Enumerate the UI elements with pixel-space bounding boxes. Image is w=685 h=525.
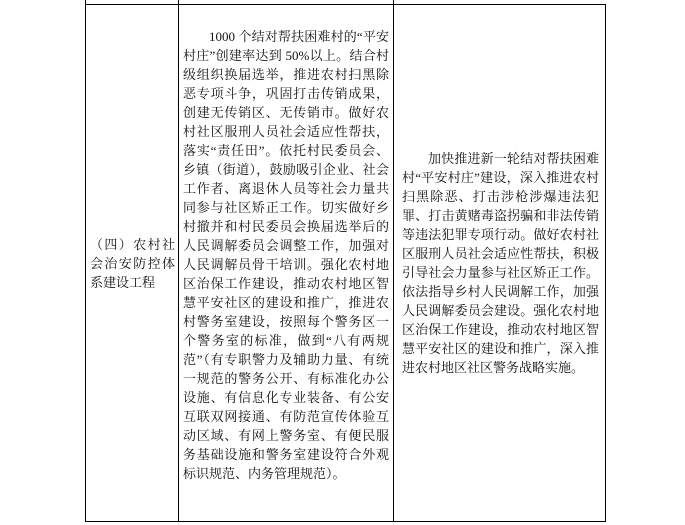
table-border-row-bottom [85,521,606,522]
tasks-paragraph: 加快推进新一轮结对帮扶困难村“平安村庄”建设，深入推进农村扫黑除恶、打击涉枪涉爆… [402,149,599,377]
document-page: （四）农村社会治安防控体系建设工程 1000 个结对帮扶困难村的“平安村庄”创建… [0,0,685,525]
table-cell-tasks: 加快推进新一轮结对帮扶困难村“平安村庄”建设，深入推进农村扫黑除恶、打击涉枪涉爆… [394,5,605,521]
objectives-paragraph: 1000 个结对帮扶困难村的“平安村庄”创建率达到 50%以上。结合村级组织换届… [183,27,389,483]
table-cell-objectives: 1000 个结对帮扶困难村的“平安村庄”创建率达到 50%以上。结合村级组织换届… [179,5,393,521]
table-cell-project-name: （四）农村社会治安防控体系建设工程 [86,5,178,521]
table-border-right [605,4,606,521]
project-name-text: （四）农村社会治安防控体系建设工程 [86,235,178,292]
